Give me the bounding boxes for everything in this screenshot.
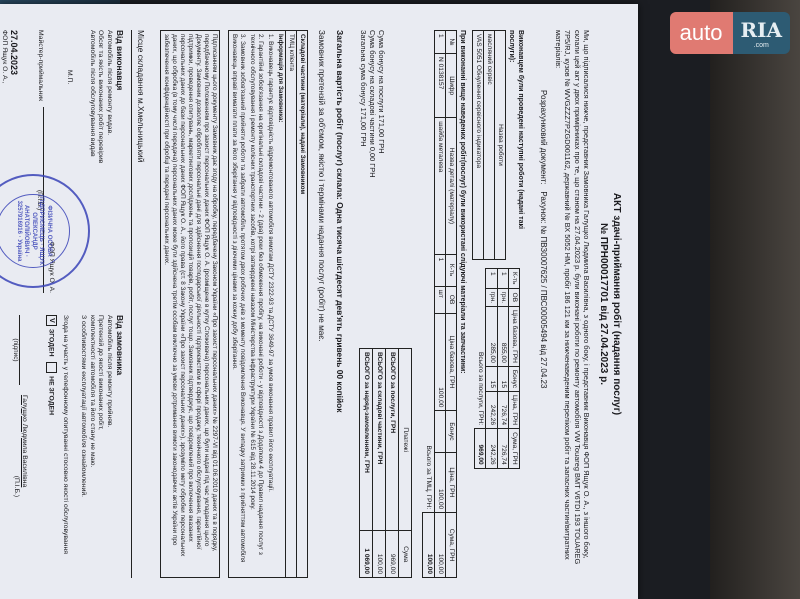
works-values-table: К-тьОВ Ціна базова, ГРНБонус Ціна, ГРНСу… bbox=[474, 268, 520, 469]
watermark-ria: RIA.com bbox=[733, 12, 791, 54]
document-number: № ПРН00017701 від 27.04.2023 р. bbox=[597, 30, 610, 578]
works-table: Назва роботи масляний сервіс VAS 5051 Об… bbox=[472, 30, 507, 260]
customer-section: Від замовника Автомобіль після ремонту п… bbox=[0, 315, 125, 578]
total-in-words: Загальна вартість робіт (послуг) склала:… bbox=[334, 30, 345, 578]
claims-statement: Замовник претензій за об'ємом, якістю і … bbox=[316, 30, 326, 578]
disagree-checkbox[interactable] bbox=[46, 362, 57, 373]
document-photo: АКТ здачі-приймання робіт (надання послу… bbox=[0, 4, 638, 599]
table-row: VAS 5051 Обнулення сервісного індикатора bbox=[472, 31, 483, 260]
agree-checkbox[interactable]: V bbox=[46, 315, 57, 326]
autoria-watermark: auto RIA.com bbox=[670, 12, 790, 54]
bonus-summary: Сума бонусу на послуги 171,00 ГРН Сума б… bbox=[359, 30, 387, 178]
table-row: 1грн. 285,0015 242,26242,26 bbox=[486, 269, 497, 469]
table-row: ВСЬОГО за послуги, ГРН969,00 bbox=[385, 349, 398, 578]
parts-heading: При виконанні вище наведених робіт(послу… bbox=[457, 30, 466, 578]
background-table bbox=[710, 0, 800, 599]
watermark-auto: auto bbox=[670, 12, 733, 54]
table-row: 1N 0138157 шайба металева1 шт100,00 100,… bbox=[434, 31, 445, 578]
works-total: 969,00 bbox=[475, 429, 486, 469]
table-row: ВСЬОГО за наряд-замовленням, ГРН1 069,00 bbox=[359, 349, 372, 578]
table-row: 1грн. 855,0015 726,74726,74 bbox=[497, 269, 508, 469]
customer-parts-box: Складові частини (матеріали), надані Зам… bbox=[228, 30, 308, 578]
document-title: АКТ здачі-приймання робіт (надання послу… bbox=[610, 30, 623, 578]
place-of-signing: Місце складання м.Хмельницький bbox=[131, 30, 146, 578]
parts-total: 100,00 bbox=[423, 513, 434, 578]
works-heading: Виконавцем були проведені наступні робот… bbox=[507, 30, 525, 260]
parts-table: №Шифр Назва деталі (матеріалу)К-ть ОВЦін… bbox=[422, 30, 457, 578]
table-row: ВСЬОГО за складові частини, ГРН100,00 bbox=[372, 349, 385, 578]
payments-table: ПлатежіСума ВСЬОГО за послуги, ГРН969,00… bbox=[359, 348, 413, 578]
intro-paragraph: Ми, що підписалися нижче, представник За… bbox=[554, 30, 591, 578]
document-paper: АКТ здачі-приймання робіт (надання послу… bbox=[0, 4, 638, 599]
privacy-consent-box: Підписанням цього документу Замовник дає… bbox=[160, 30, 220, 578]
table-row: масляний сервіс bbox=[484, 31, 495, 260]
payment-document: Розрахунковий документ: Рахунок: № ПВЗ00… bbox=[538, 90, 548, 578]
